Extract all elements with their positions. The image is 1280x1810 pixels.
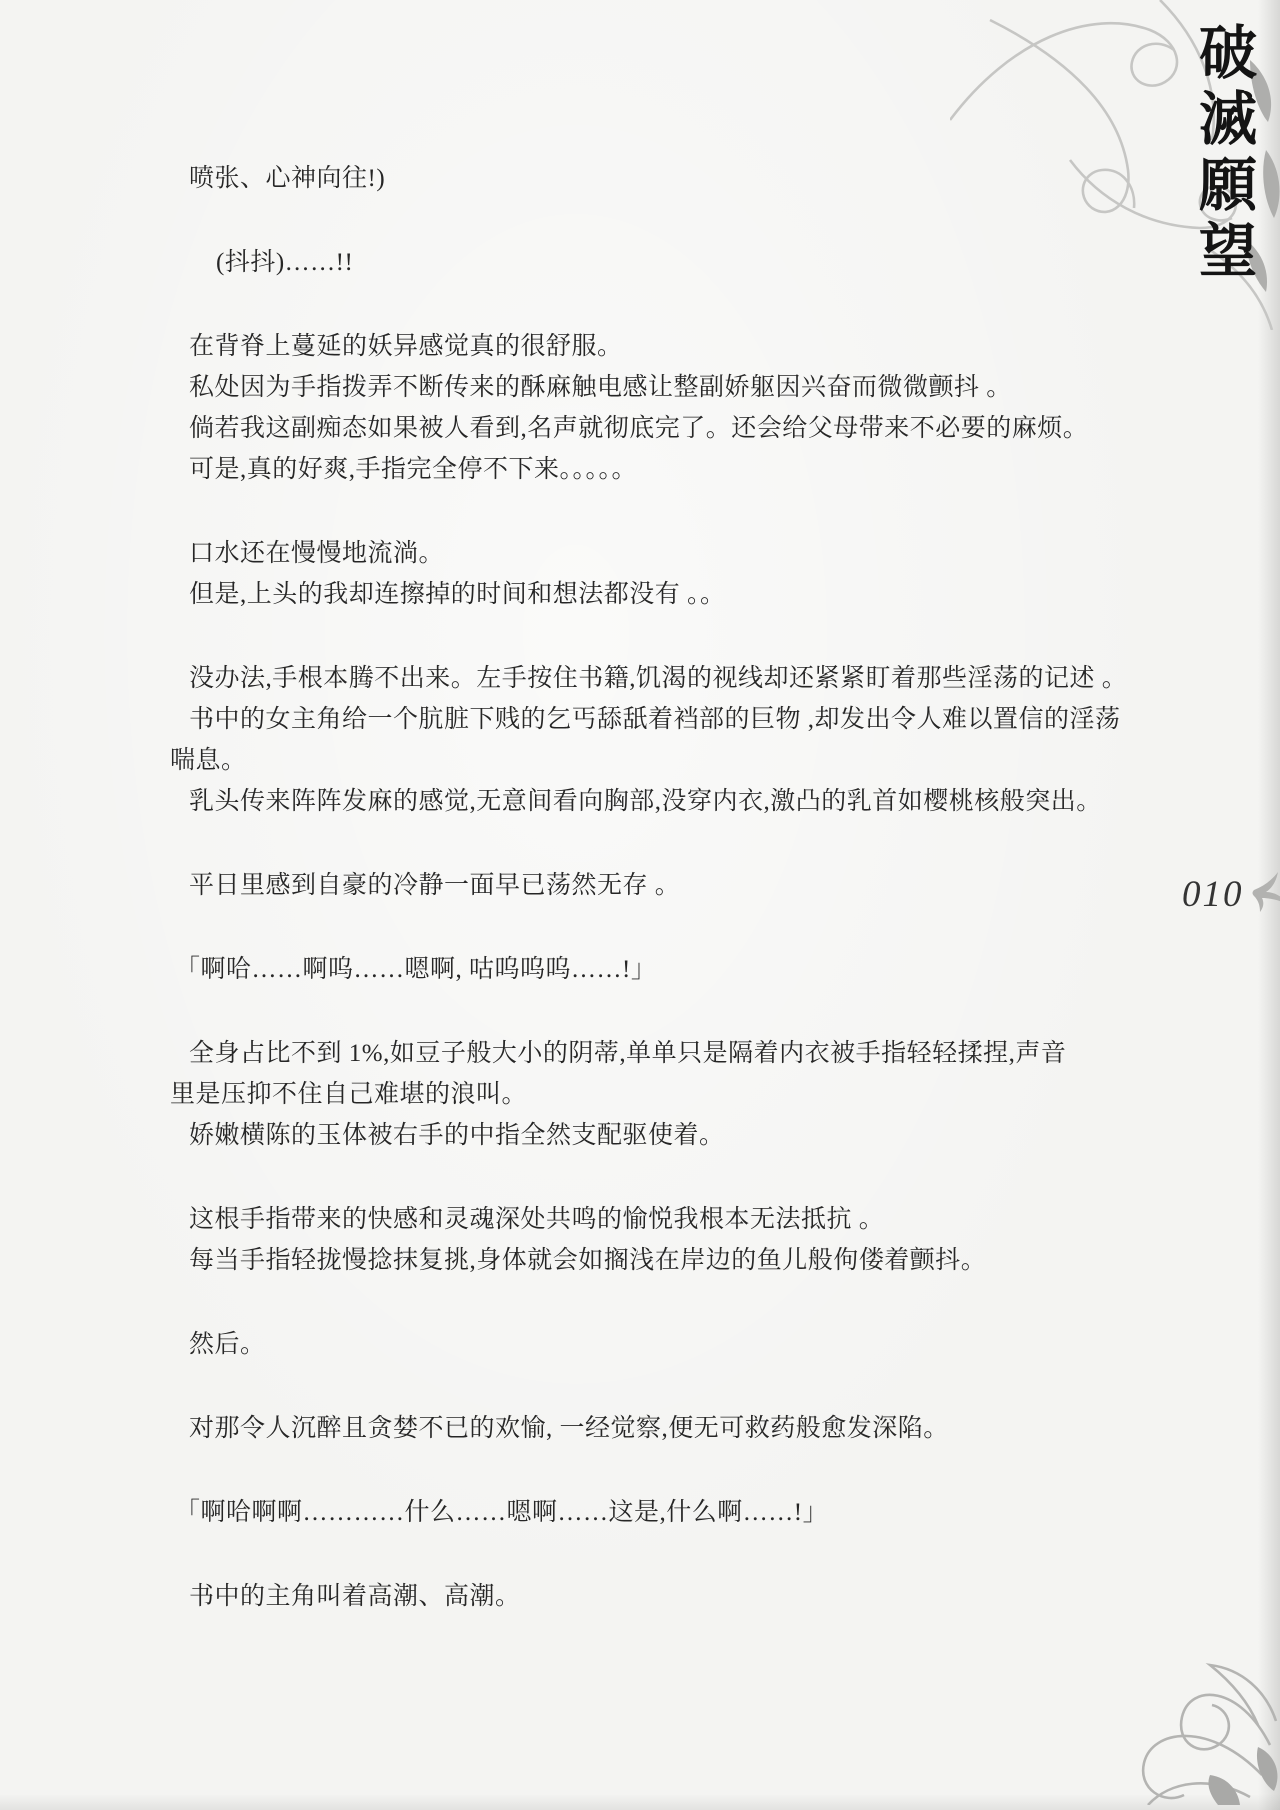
paragraph: 「啊哈啊啊…………什么……嗯啊……这是,什么啊……!」 <box>170 1492 1080 1533</box>
paragraph: 「啊哈……啊呜……嗯啊, 咕呜呜呜……!」 <box>170 949 1080 990</box>
paragraph: 口水还在慢慢地流淌。但是,上头的我却连擦掉的时间和想法都没有 。。 <box>170 533 1080 615</box>
paragraph: 全身占比不到 1%,如豆子般大小的阴蒂,单单只是隔着内衣被手指轻轻揉捏,声音里是… <box>170 1033 1080 1156</box>
page-number: 010 <box>1182 873 1244 916</box>
text-line: 书中的女主角给一个肮脏下贱的乞丐舔舐着裆部的巨物 ,却发出令人难以置信的淫荡 <box>170 699 1080 740</box>
page-edge-shadow <box>0 1794 1280 1810</box>
text-line: 可是,真的好爽,手指完全停不下来。。。。。 <box>170 449 1080 490</box>
text-line: 娇嫩横陈的玉体被右手的中指全然支配驱使着。 <box>170 1115 1080 1156</box>
paragraph: 这根手指带来的快感和灵魂深处共鸣的愉悦我根本无法抵抗 。每当手指轻拢慢捻抹复挑,… <box>170 1199 1080 1281</box>
paragraph: 喷张、心神向往!) <box>170 158 1080 199</box>
sparkle-bird-ornament-icon <box>1248 872 1280 917</box>
scanned-book-page: { "page": { "title_vertical": "破滅願望", "p… <box>0 0 1280 1810</box>
paragraph: 然后。 <box>170 1324 1080 1365</box>
text-line: 口水还在慢慢地流淌。 <box>170 533 1080 574</box>
text-line: (抖抖)……!! <box>170 242 1080 283</box>
paragraph: 平日里感到自豪的冷静一面早已荡然无存 。 <box>170 865 1080 906</box>
text-line: 在背脊上蔓延的妖异感觉真的很舒服。 <box>170 326 1080 367</box>
floral-swirl-ornament-icon <box>1090 1625 1280 1810</box>
text-line: 「啊哈啊啊…………什么……嗯啊……这是,什么啊……!」 <box>170 1492 1080 1533</box>
paragraph: 没办法,手根本腾不出来。左手按住书籍,饥渴的视线却还紧紧盯着那些淫荡的记述 。书… <box>170 658 1080 822</box>
text-line: 私处因为手指拨弄不断传来的酥麻触电感让整副娇躯因兴奋而微微颤抖 。 <box>170 367 1080 408</box>
paragraph: 在背脊上蔓延的妖异感觉真的很舒服。私处因为手指拨弄不断传来的酥麻触电感让整副娇躯… <box>170 326 1080 490</box>
paragraph: 对那令人沉醉且贪婪不已的欢愉, 一经觉察,便无可救药般愈发深陷。 <box>170 1408 1080 1449</box>
paragraph: (抖抖)……!! <box>170 242 1080 283</box>
text-line: 倘若我这副痴态如果被人看到,名声就彻底完了。还会给父母带来不必要的麻烦。 <box>170 408 1080 449</box>
text-line: 全身占比不到 1%,如豆子般大小的阴蒂,单单只是隔着内衣被手指轻轻揉捏,声音 <box>170 1033 1080 1074</box>
text-line: 喘息。 <box>170 740 1080 781</box>
text-line: 喷张、心神向往!) <box>170 158 1080 199</box>
text-line: 对那令人沉醉且贪婪不已的欢愉, 一经觉察,便无可救药般愈发深陷。 <box>170 1408 1080 1449</box>
page-number-group: 010 <box>1182 872 1280 917</box>
text-line: 然后。 <box>170 1324 1080 1365</box>
text-line: 这根手指带来的快感和灵魂深处共鸣的愉悦我根本无法抵抗 。 <box>170 1199 1080 1240</box>
text-line: 平日里感到自豪的冷静一面早已荡然无存 。 <box>170 865 1080 906</box>
text-line: 书中的主角叫着高潮、高潮。 <box>170 1576 1080 1617</box>
paragraph: 书中的主角叫着高潮、高潮。 <box>170 1576 1080 1617</box>
text-line: 没办法,手根本腾不出来。左手按住书籍,饥渴的视线却还紧紧盯着那些淫荡的记述 。 <box>170 658 1080 699</box>
text-line: 乳头传来阵阵发麻的感觉,无意间看向胸部,没穿内衣,激凸的乳首如樱桃核般突出。 <box>170 781 1080 822</box>
text-line: 每当手指轻拢慢捻抹复挑,身体就会如搁浅在岸边的鱼儿般佝偻着颤抖。 <box>170 1240 1080 1281</box>
text-line: 但是,上头的我却连擦掉的时间和想法都没有 。。 <box>170 574 1080 615</box>
text-line: 「啊哈……啊呜……嗯啊, 咕呜呜呜……!」 <box>170 949 1080 990</box>
body-text: 喷张、心神向往!)(抖抖)……!!在背脊上蔓延的妖异感觉真的很舒服。私处因为手指… <box>170 158 1080 1617</box>
text-line: 里是压抑不住自己难堪的浪叫。 <box>170 1074 1080 1115</box>
book-title-vertical: 破滅願望 <box>1180 22 1264 286</box>
